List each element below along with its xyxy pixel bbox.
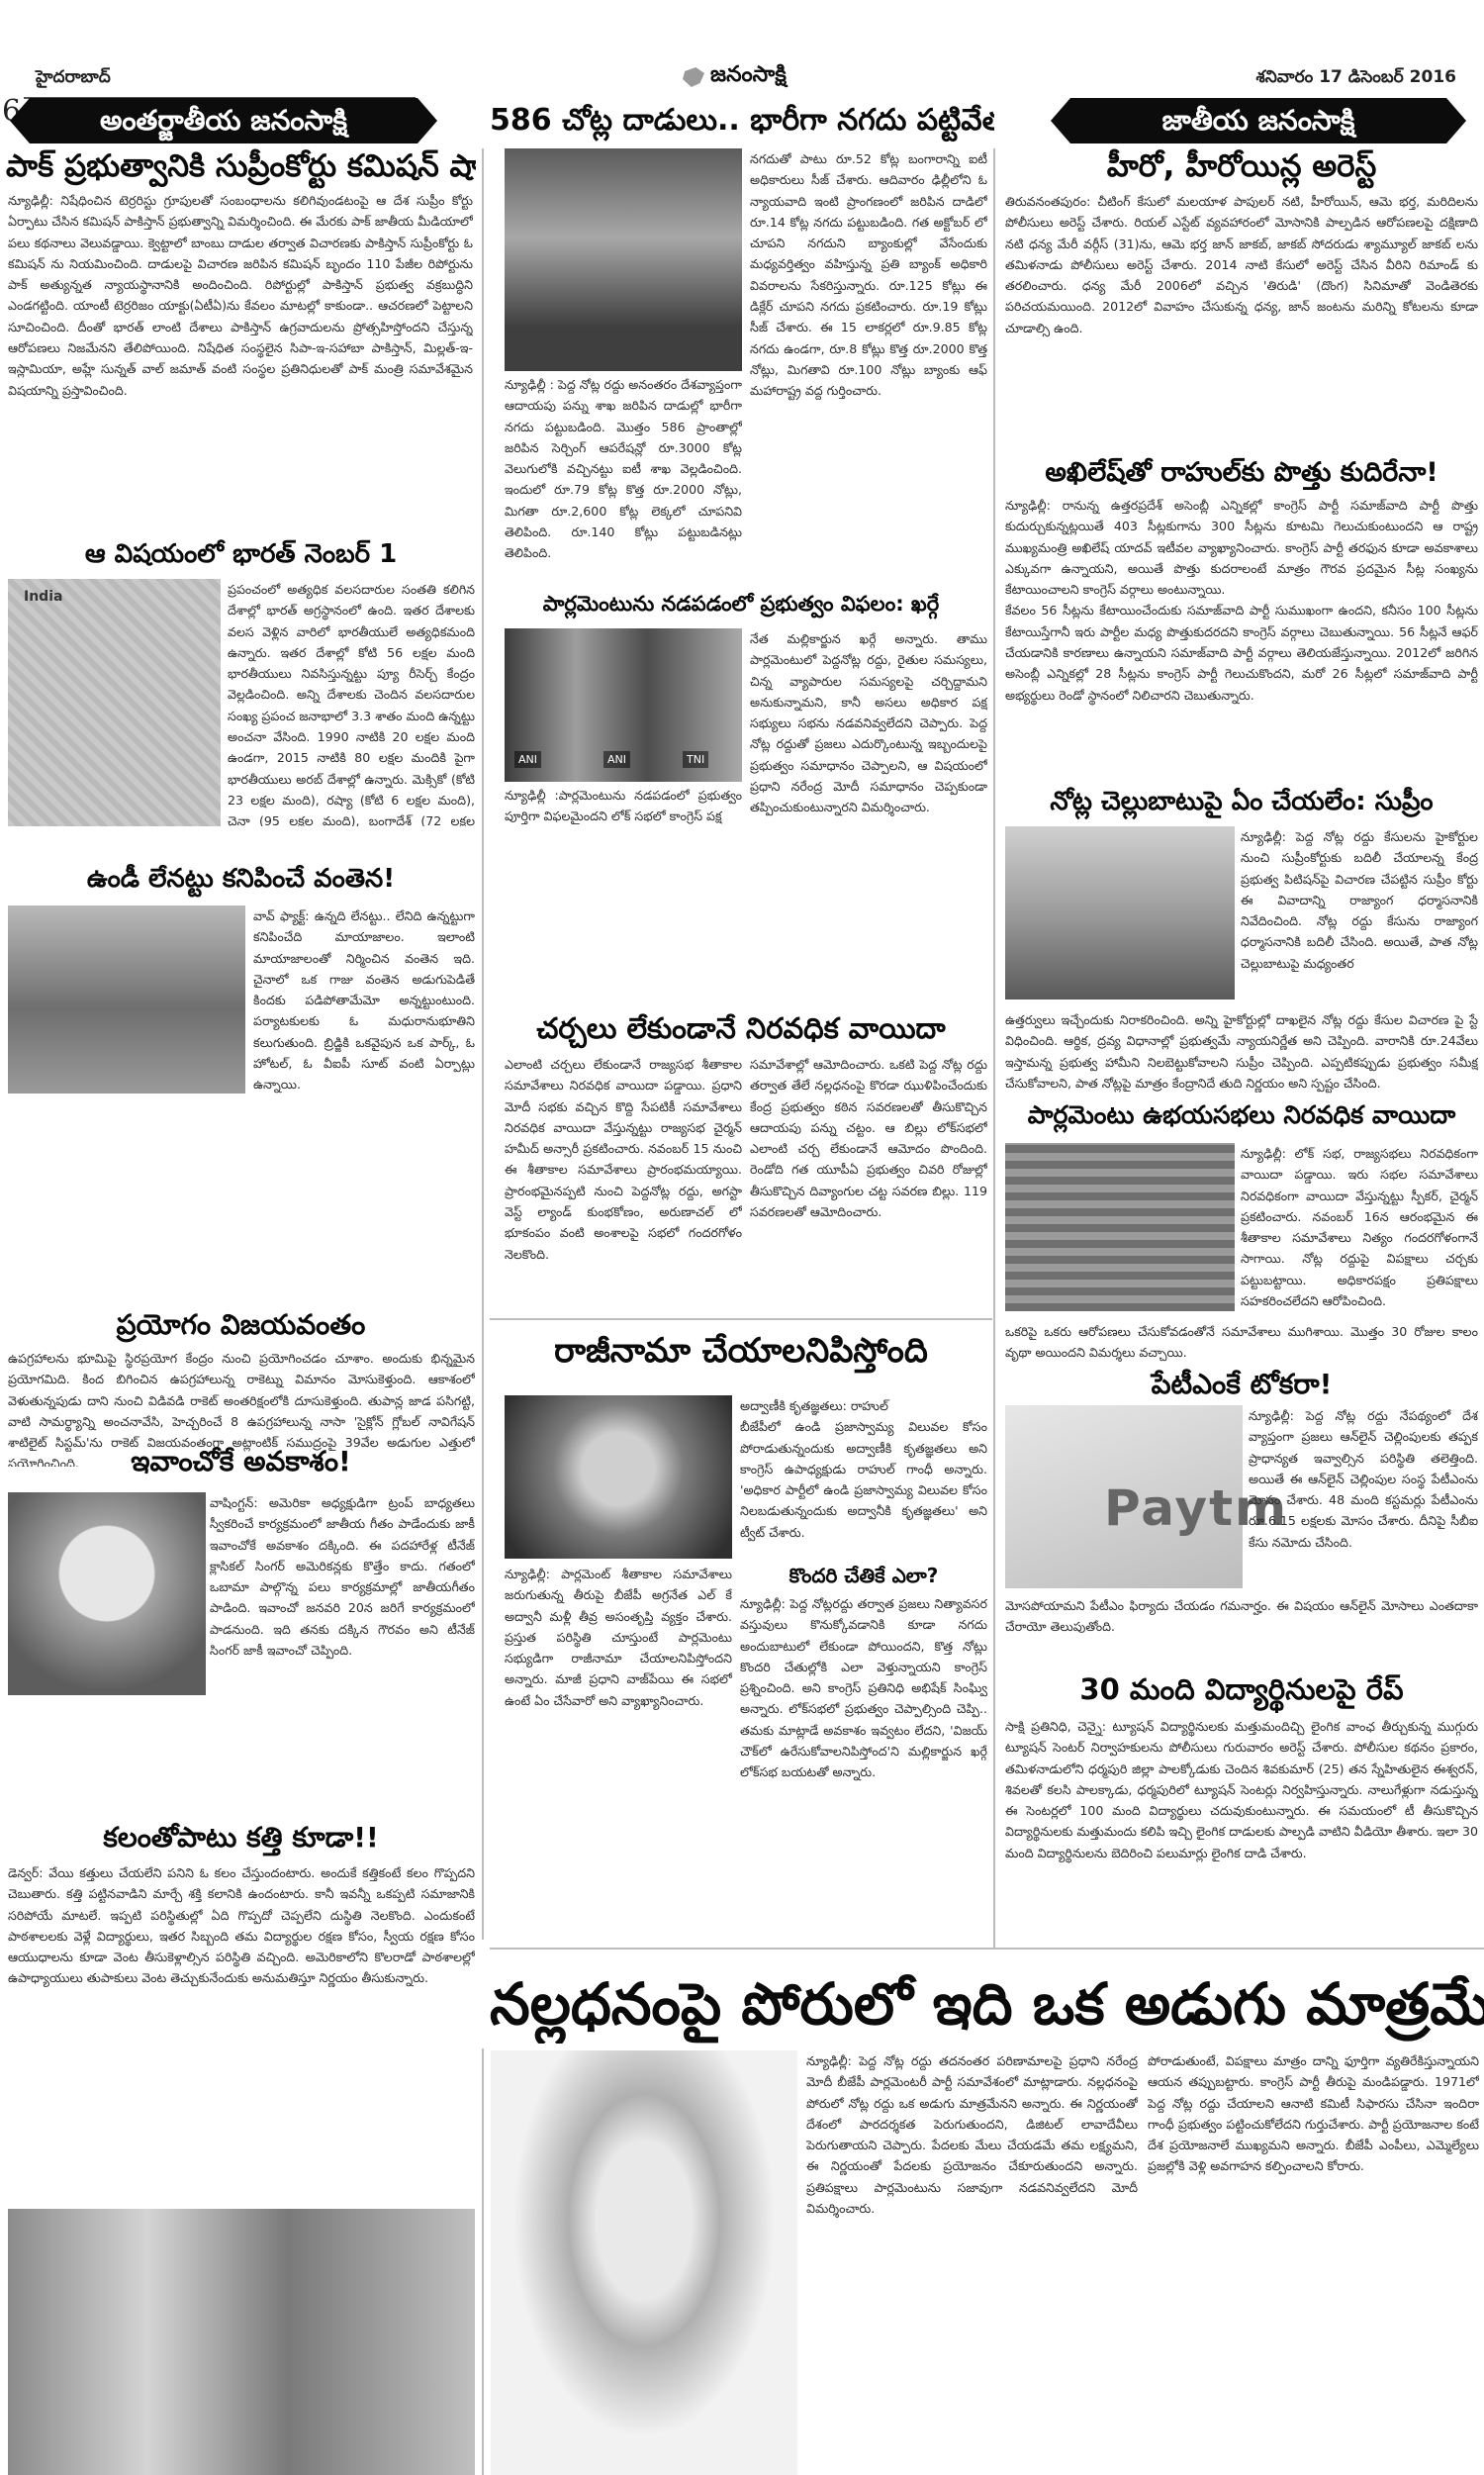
headline-tuition-rape: 30 మంది విద్యార్థినులపై రేప్ <box>1001 1672 1482 1714</box>
article-invisible-bridge: వావ్ ఫ్యాక్ట్: ఉన్నది లేనట్టు.. లేనిది ఉ… <box>253 905 475 1094</box>
article-black-money-col2: పోరాడుతుంటే, విపక్షాలు మాత్రం దాన్ని ఫూర… <box>1148 2050 1479 2475</box>
article-invisible-bridge-cont <box>8 1098 475 1311</box>
section-rule <box>490 1948 1484 1950</box>
headline-invisible-bridge: ఉండీ లేనట్టు కనిపించే వంతెన! <box>6 864 476 900</box>
article-parliament-adjourned-cont: ఒకరిపై ఒకరు ఆరోపణలు చేసుకోవడంతోనే సమావేశ… <box>1005 1321 1478 1366</box>
column-divider <box>993 148 995 1950</box>
india-map-image: India <box>8 579 221 826</box>
headline-supreme-notes: నోట్ల చెల్లుబాటుపై ఏం చేయలేం: సుప్రీం <box>1001 787 1482 822</box>
article-paytm-cont: మోసపోయామని పేటీఎం ఫిర్యాదు చేయడం గమనార్హ… <box>1005 1595 1478 1665</box>
mic-label: ANI <box>514 751 541 768</box>
mic-label: TNI <box>683 751 708 768</box>
article-advani-thanks: అద్వాణీకి కృతజ్ఞతలు: రాహుల్ బీజేపీలో ఉండ… <box>740 1395 987 1559</box>
headline-launch-success: ప్రయోగం విజయవంతం <box>6 1308 476 1348</box>
article-raids-bottom: న్యూఢిల్లీ : పెద్ద నోట్ల రద్దు అనంతరం దే… <box>505 374 742 584</box>
masthead-logo: జనంసాక్షి <box>683 62 787 92</box>
headline-india-number-1: ఆ విషయంలో భారత్ నెంబర్ 1 <box>6 539 476 575</box>
article-akhilesh-rahul: న్యూఢిల్లీ: రానున్న ఉత్తరప్రదేశ్ అసెంబ్ల… <box>1005 495 1478 782</box>
headline-pen-and-knife: కలంతోపాటు కత్తి కూడా!! <box>6 1821 476 1860</box>
section-banner-international: అంతర్జాతీయ జనంసాక్షి <box>30 98 417 143</box>
article-ivancho-cont <box>8 1697 475 1806</box>
article-adjourned-right: సమావేశాల్లో ఆమోదించారు. ఒకటి పెద్ద నోట్ల… <box>750 1054 987 1301</box>
column-divider <box>482 148 484 1940</box>
advani-photo <box>505 1395 732 1559</box>
headline-kharge: పార్లమెంటును నడపడంలో ప్రభుత్వం విఫలం: ఖర… <box>490 592 992 621</box>
article-black-money-col1: న్యూఢిల్లీ: పెద్ద నోట్ల రద్దు తదనంతర పరి… <box>806 2050 1138 2475</box>
article-resignation: న్యూఢిల్లీ: పార్లమెంట్ శీతాకాల సమావేశాలు… <box>505 1564 732 1940</box>
article-india-migrants: ప్రపంచంలో అత్యధిక వలసదారుల సంతతి కలిగిన … <box>228 579 475 826</box>
headline-ivancho: ఇవాంచోకే అవకాశం! <box>6 1445 476 1484</box>
headline-adjourned: చర్చలు లేకుండానే నిరవధిక వాయిదా <box>490 1011 992 1053</box>
article-supreme-notes-cont: ఉత్తర్వులు ఇచ్చేందుకు నిరాకరించింది. అన్… <box>1005 1009 1478 1096</box>
students-photo <box>8 2209 475 2475</box>
article-supreme-notes: న్యూఢిల్లీ: పెద్ద నోట్ల రద్దు కేసులను హై… <box>1241 826 1478 1006</box>
article-adjourned-left: ఎలాంటి చర్చలు లేకుండానే రాజ్యసభ శీతాకాల … <box>505 1054 742 1301</box>
logo-map-icon <box>683 67 704 87</box>
article-few-hands: న్యూఢిల్లీ: పెద్ద నోట్లరద్దు తర్వాత ప్రజ… <box>740 1593 987 1940</box>
subheadline-few-hands: కొందరి చేతికే ఎలా? <box>740 1564 987 1592</box>
article-paytm: న్యూఢిల్లీ: పెద్ద నోట్ల రద్దు నేపథ్యంలో … <box>1249 1405 1478 1593</box>
kharge-photo: ANI ANI TNI <box>505 628 742 782</box>
ivancho-photo <box>8 1492 206 1695</box>
logo-text: జనంసాక్షి <box>710 62 787 92</box>
headline-resignation: రాజీనామా చేయాలనిపిస్తోంది <box>490 1331 992 1379</box>
article-kharge: నేత మల్లికార్జున ఖర్గే అన్నారు. తాము పార… <box>750 628 987 1024</box>
article-pak-supreme-court: న్యూఢిల్లీ: నిషేధించిన టెర్రరిస్టు గ్రూప… <box>8 190 473 531</box>
headline-paytm: పేటీఎంకే టోకరా! <box>1001 1368 1482 1407</box>
section-rule <box>490 1318 992 1320</box>
column-divider <box>482 2048 484 2475</box>
headline-pak-supreme-court: పాక్ ప్రభుత్వానికి సుప్రీంకోర్టు కమిషన్ … <box>6 148 476 191</box>
center-top-headline: 586 చోట్ల దాడులు.. భారీగా నగదు పట్టివేత <box>490 103 994 144</box>
headline-hero-heroine-arrest: హీరో, హీరోయిన్ల అరెస్ట్ <box>1001 148 1482 191</box>
supreme-court-photo <box>1005 826 1235 1000</box>
headline-akhilesh-rahul: అఖిలేష్‌తో రాహుల్‌కు పొత్తు కుదిరేనా! <box>1001 457 1482 495</box>
headline-black-money: నల్లధనంపై పోరులో ఇది ఒక అడుగు మాత్రమే... <box>490 1964 1484 2044</box>
article-pen-and-knife: డెన్వర్: వేయి కత్తులు చేయలేని పనిని ఓ కల… <box>8 1862 475 2204</box>
masthead-city: హైదరాబాద్ <box>36 67 111 91</box>
article-parliament-adjourned: న్యూఢిల్లీ: లోక్ సభ, రాజ్యసభలు నిరవధికంగ… <box>1241 1143 1478 1321</box>
article-tuition-rape: సాక్షి ప్రతినిధి, చెన్నై: ట్యూషన్ విద్యా… <box>1005 1716 1478 1944</box>
modi-photo <box>491 2050 797 2475</box>
article-hero-heroine-arrest: తిరువనంతపురం: చీటింగ్ కేసులో మలయాళ పాపుల… <box>1005 191 1478 453</box>
map-label: India <box>24 589 62 605</box>
parliament-photo <box>1005 1143 1235 1311</box>
glass-bridge-photo <box>8 905 245 1094</box>
section-banner-national: జాతీయ జనంసాక్షి <box>1070 98 1446 143</box>
paytm-photo: Paytm <box>1005 1405 1243 1588</box>
headline-parliament-adjourned: పార్లమెంటు ఉభయసభలు నిరవధిక వాయిదా <box>1001 1100 1482 1136</box>
masthead-date: శనివారం 17 డిసెంబర్ 2016 <box>1256 67 1457 91</box>
cash-seized-photo <box>505 148 742 371</box>
kharge-caption: న్యూఢిల్లీ :పార్లమెంటును నడపడంలో ప్రభుత్… <box>505 785 742 828</box>
article-ivancho: వాషింగ్టన్: అమెరికా అధ్యక్షుడిగా ట్రంప్ … <box>210 1492 475 1695</box>
mic-label: ANI <box>603 751 630 768</box>
article-raids-right: నగదుతో పాటు రూ.52 కోట్ల బంగారాన్ని ఐటీ అ… <box>750 148 987 584</box>
